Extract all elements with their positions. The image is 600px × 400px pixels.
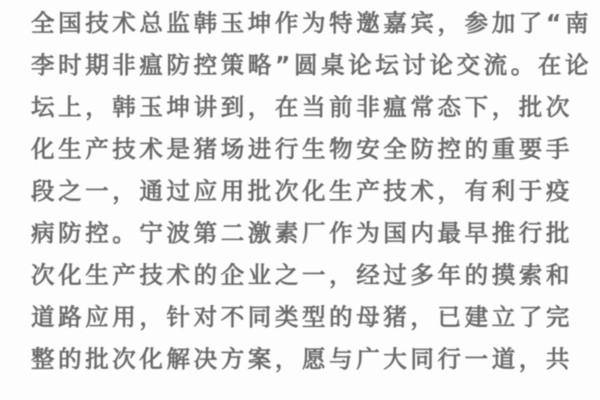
- paragraph-line-4: 化生产技术是猪场进行生物安全防控的重要手: [31, 128, 571, 170]
- paragraph-line-5: 段之一，通过应用批次化生产技术，有利于疫: [31, 170, 571, 212]
- paragraph-line-3: 坛上，韩玉坤讲到，在当前非瘟常态下，批次: [31, 86, 571, 128]
- paragraph-line-7: 次化生产技术的企业之一，经过多年的摸索和: [31, 254, 571, 296]
- paragraph-line-8: 道路应用，针对不同类型的母猪，已建立了完: [31, 296, 571, 338]
- paragraph-line-9: 整的批次化解决方案，愿与广大同行一道，共: [31, 338, 571, 380]
- paragraph-line-1: 全国技术总监韩玉坤作为特邀嘉宾，参加了“南: [31, 2, 571, 44]
- paragraph-line-2: 李时期非瘟防控策略”圆桌论坛讨论交流。在论: [31, 44, 571, 86]
- article-body: 全国技术总监韩玉坤作为特邀嘉宾，参加了“南 李时期非瘟防控策略”圆桌论坛讨论交流…: [31, 2, 571, 380]
- paragraph-line-6: 病防控。宁波第二激素厂作为国内最早推行批: [31, 212, 571, 254]
- document-page: 全国技术总监韩玉坤作为特邀嘉宾，参加了“南 李时期非瘟防控策略”圆桌论坛讨论交流…: [0, 0, 600, 400]
